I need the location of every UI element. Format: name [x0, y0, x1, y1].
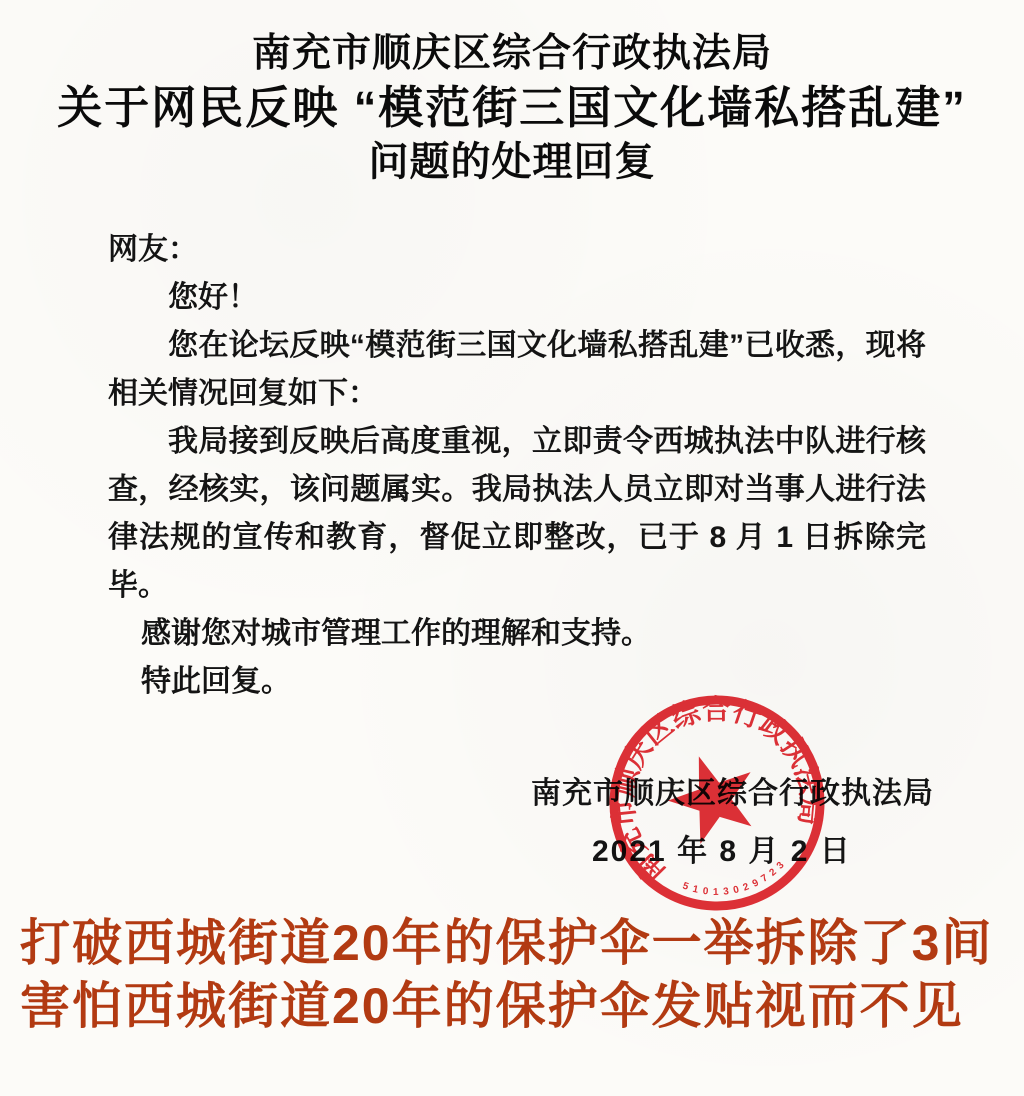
letter-title: 南充市顺庆区综合行政执法局 关于网民反映 “模范街三国文化墙私搭乱建” 问题的处… — [0, 28, 1024, 189]
scanned-letter-page: 南充市顺庆区综合行政执法局 关于网民反映 “模范街三国文化墙私搭乱建” 问题的处… — [0, 0, 1024, 1096]
red-annotation-text: 打破西城街道20年的保护伞一举拆除了3间 害怕西城街道20年的保护伞发贴视而不见 — [20, 912, 1020, 1038]
paragraph-main: 我局接到反映后高度重视，立即责令西城执法中队进行核查，经核实，该问题属实。我局执… — [108, 418, 926, 610]
paragraph-thanks: 感谢您对城市管理工作的理解和支持。 — [108, 610, 926, 658]
title-line-issuer: 南充市顺庆区综合行政执法局 — [0, 28, 1024, 80]
paragraph-intro: 您在论坛反映“模范街三国文化墙私搭乱建”已收悉，现将相关情况回复如下： — [108, 322, 926, 418]
salutation: 网友： — [108, 226, 926, 274]
title-line-reply: 问题的处理回复 — [0, 135, 1024, 189]
signature-date: 2021 年 8 月 2 日 — [592, 826, 852, 870]
greeting: 您好！ — [108, 274, 926, 322]
paragraph-close: 特此回复。 — [108, 658, 926, 706]
title-line-subject: 关于网民反映 “模范街三国文化墙私搭乱建” — [0, 80, 1024, 135]
annotation-line-1: 打破西城街道20年的保护伞一举拆除了3间 — [20, 912, 1020, 975]
letter-body: 网友： 您好！ 您在论坛反映“模范街三国文化墙私搭乱建”已收悉，现将相关情况回复… — [108, 226, 926, 706]
annotation-line-2: 害怕西城街道20年的保护伞发贴视而不见 — [20, 975, 1020, 1038]
signature-issuer: 南充市顺庆区综合行政执法局 — [531, 768, 934, 812]
